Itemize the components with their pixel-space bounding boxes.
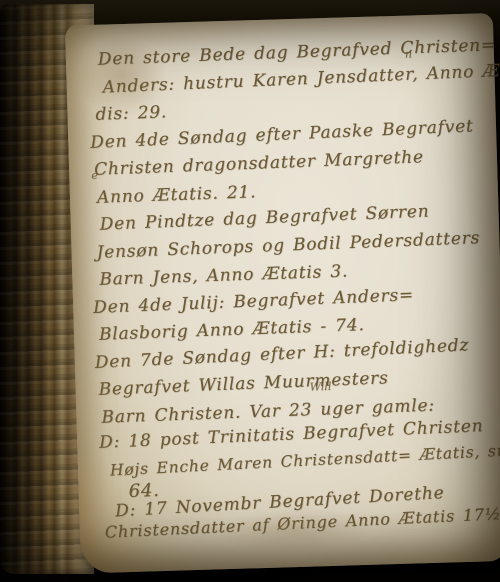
interlinear-insertion: n — [405, 47, 412, 60]
handwritten-text-block: Den store Bede dag Begrafved Christen=An… — [86, 35, 500, 569]
manuscript-page: Den store Bede dag Begrafved Christen=An… — [65, 13, 500, 573]
interlinear-insertion: Will — [310, 380, 332, 394]
interlinear-insertion: e — [91, 169, 98, 182]
manuscript-photo: Den store Bede dag Begrafved Christen=An… — [0, 0, 500, 582]
